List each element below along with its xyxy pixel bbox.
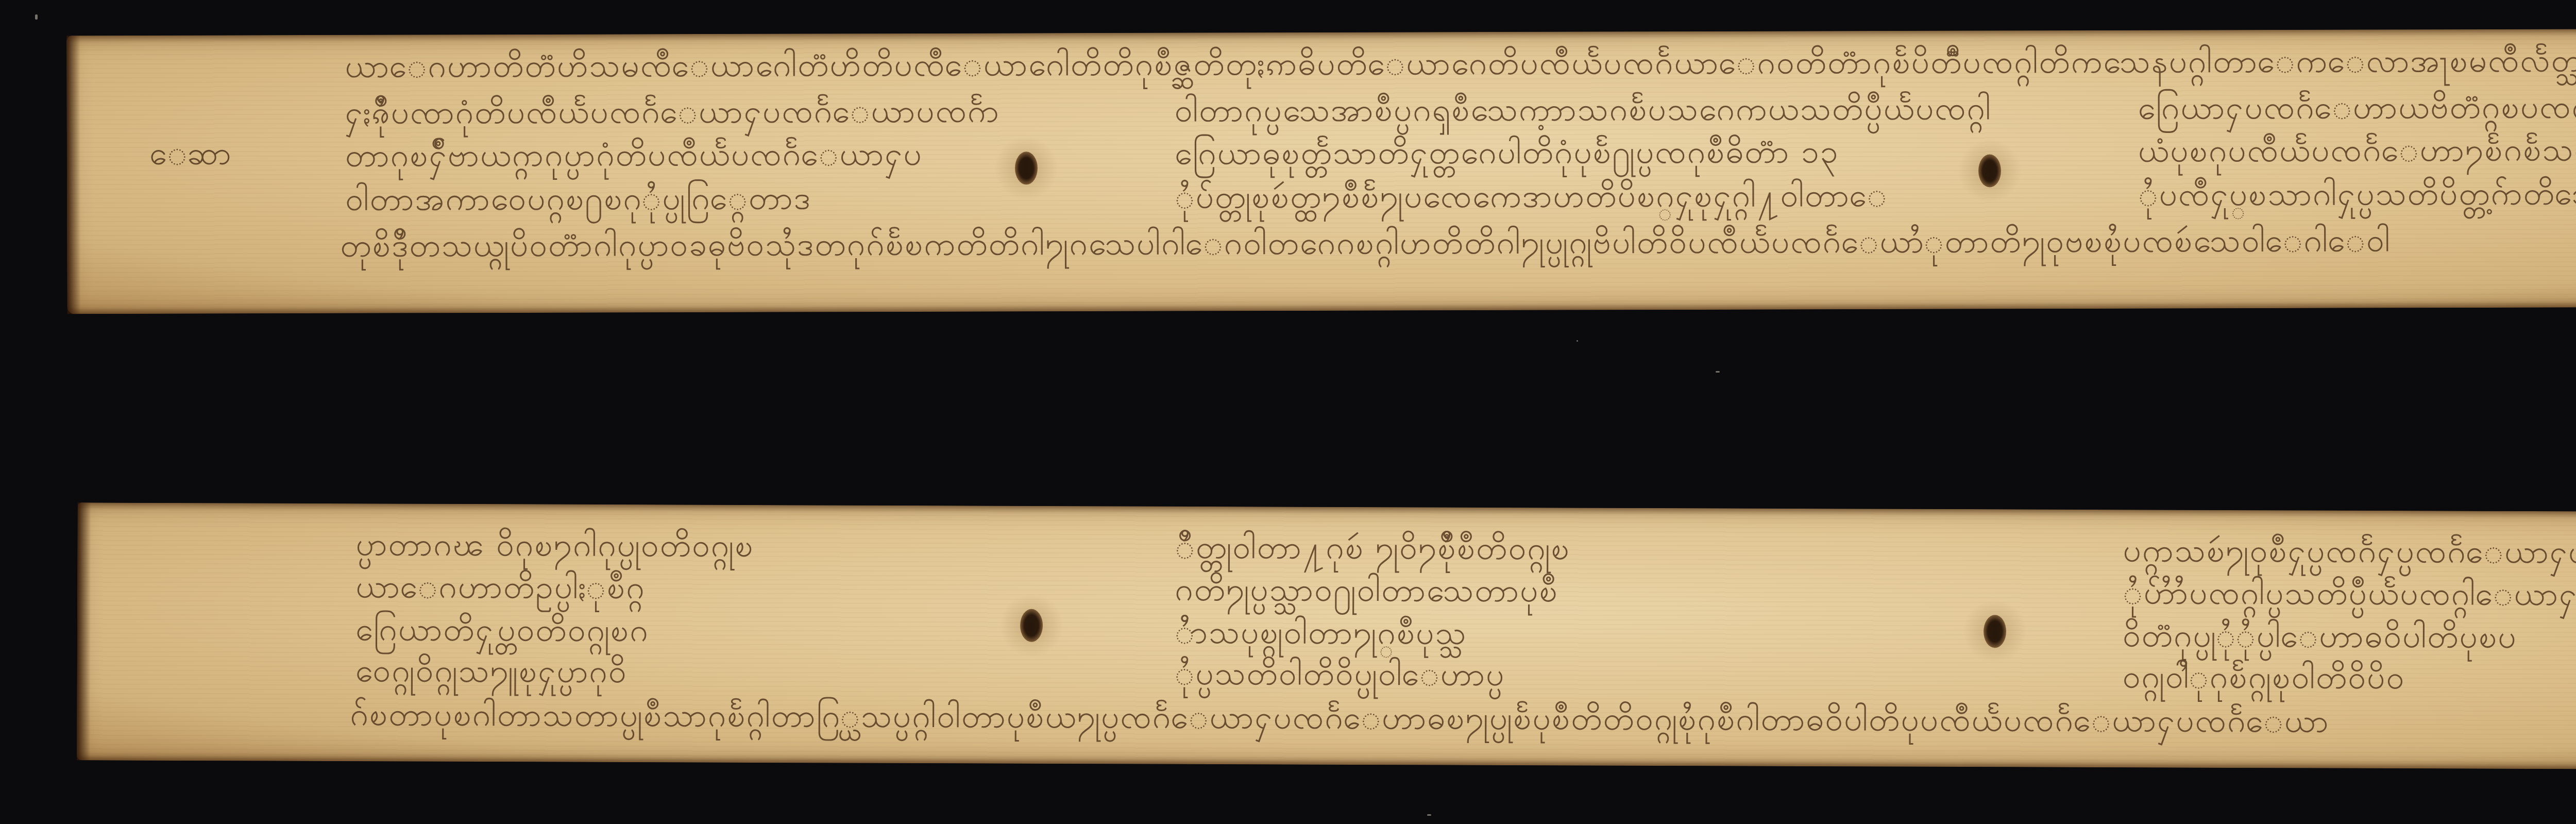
palm-leaf-bottom: ပ္ပာတာဂၽ ဝိဂုၿ႒ဂါဂုပ္ပုဝတိဝဂ္ဂုၿ ႆိတ္တုဝ… [77, 502, 2576, 770]
dust-speck [1577, 340, 1578, 342]
text-line-3-left: တာဂုၿႁ်ဳဗာယဂ္ဂာဂုပ္ပာဂုံတိပၸဳယႅပၸဂႅေယာႁပ [345, 134, 923, 182]
string-hole [1015, 152, 1038, 184]
text-line-1-left: ပ္ပာတာဂၽ ဝိဂုၿ႒ဂါဂုပ္ပုဝတိဝဂ္ဂုၿ [355, 524, 754, 573]
text-line-4-middle: ႆုပ်တ္တုၿုၿဴတ္ထ႒ၿဳၿႅ႒ုပၸေကေဒာဟတိပိၿဂ္ႁုၿ… [1175, 175, 1888, 224]
leaf-margin-label: ေဆာ [149, 133, 231, 180]
dust-speck [35, 14, 38, 20]
text-line-5: တုၿိဒိႆုတသယ္ဂုပိဝတၱာဂါဂုပ္ပာဝခဓုဗိဝသႆုဒတ… [340, 220, 2391, 272]
leaf-edge-left [66, 36, 80, 314]
text-line-1-right: ပဂ္ဂာသၿဴ႒ုဝုၿဳႁုပ္ပၸဂႅႁပ္ပၸဂႅေယာႁပ [2123, 530, 2576, 579]
text-line-4-right: ႆုပၸဳႁုပ္ၿသာဂါႁုပ္ပသတိပိတ္တ့ဂ်ာတိေသာၿဂ [2138, 173, 2576, 222]
text-line-2-left: ယာေဂဟာတိဥပ္ပါႏုၿဳဂ္ဂ [355, 566, 646, 614]
text-line-4-left: ဝေဂ္ဂုဝိဂ္ဂုသ႒ူၿုႁုပ္ပာဂုဝိ [355, 650, 628, 698]
text-line-3-middle: ဂြေယာဓုၿုတ္တႅသာတိႁုတ္တဂေပါတိဂုံပုၿႅ႐ုပ္ပ… [1175, 131, 1839, 180]
text-line-4-middle: ႆုပ္ပသတိဝါတိဝိပ္ပုဝါေဟာပ္ပ [1175, 653, 1505, 701]
dust-speck [1427, 814, 1431, 816]
text-line-5: ဂ်ၿတာပုၿဂါတာသတာပ္ပုၿဳသာဂုၿႅဂ္ဂါတာဂြ္ယသပ္… [350, 694, 2329, 748]
text-line-2-middle: ဂတိ႒ုပ္ပသ္သာဝ႐ုဝါတာသေတာပုၿဳ [1175, 569, 1558, 618]
text-line-3-right: ယံပုၿဂုပၸဳယႅပၸဂႅေဟာ႒ၿႅဂၿႅသၿဂ္ဂါပဂ္ဂါ [2138, 129, 2576, 178]
text-line-2-left: ႁႏၷဳႆုပၸာဂုံတိပၸဳယႅပၸဂႅေယာႁပၸဂႅေယာပၸဂႅာ [345, 91, 1000, 140]
string-hole [1020, 609, 1043, 642]
string-hole [1978, 154, 2001, 187]
text-line-2-right: ႆုပ်ာႆာႆပၸဂ္ဂါပ္ပသတိပ္ပဳယႅပၸဂ္ဂါေယာႁပ [2123, 573, 2576, 621]
text-line-3-middle: ႆႆာသပုၿ္ဂုဝါတာ႒ုဂ္ၿဳပုသ္သ [1175, 612, 1467, 660]
text-line-1-middle: ႆိတ္တုဝါတာ႔ဂုၿဴ ႒ုဝိ႒ၿဳႆုၿဳတိဝဂ္ဂုၿ [1175, 527, 1570, 576]
text-line-2-middle: ဝါတာဂုပ္ပသေအာၿဳပ္ပဂၡၿဳသေဂာ့ာာသဂၿႅပသဂေဂာယ… [1175, 88, 1992, 137]
text-line-2-right: ဂြေယာႁပၸဂႅေဟာယဗိတၱဂ္ဂၿပၸဂတၱဝါတ်ဳဂ်ာဂ [2138, 87, 2576, 135]
text-line-1: ယာေဂဟာတိတၱဟိသမၸဳေယာဂေါတၱဟိတိပၸဳေယာဂေါတိတ… [345, 40, 2576, 93]
string-hole [1984, 615, 2006, 648]
dust-speck [1716, 371, 1720, 373]
palm-leaf-top: ေဆာ ယာေဂဟာတိတၱဟိသမၸဳေယာဂေါတၱဟိတိပၸဳေယာဂေ… [66, 28, 2576, 314]
leaf-edge-left [77, 502, 91, 760]
text-line-4-left: ဝါတာအကာဝေပဂ္ဂၿ႐ၿဂုႆုပ္ပုဂြ္ဂေတာဒ [345, 178, 811, 226]
text-line-3-left: ဂြေယာတိႁုပ္တဝတိဝဂ္ဂုၿဂ [355, 609, 649, 657]
text-line-4-right: ဝဂ္ဂုဝါႆုဂုၿႅဂ္ဂုၿုဝါတိဝိပိဝ [2123, 657, 2405, 704]
